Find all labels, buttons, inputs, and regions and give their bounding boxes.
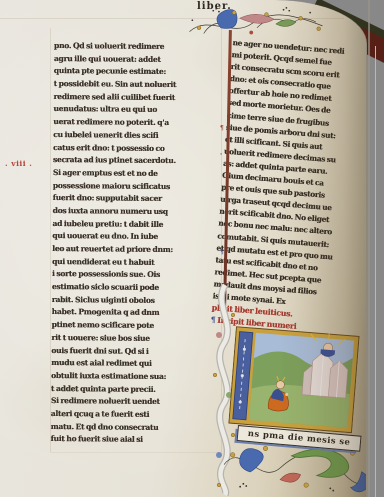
gutter-mark: ¶ [220,250,224,256]
manuscript-photo: liber. . viii . ¶ · ¶ · pno. Q [0,0,384,497]
text-line: Si ager emptus est et no de [53,167,221,181]
manuscript-page: liber. . viii . ¶ · ¶ · pno. Q [0,0,367,497]
text-line: cu iubelei uenerit dies scifi [53,129,221,143]
text-line: estimatio siclo scuarii pode [52,281,220,295]
text-line: ptinet nemo scificare pote [51,319,219,333]
right-column-lines: ne ager no uendetur: nec redimi poterit.… [212,37,367,313]
moses-before-tabernacle-miniature [228,326,359,433]
left-text-column: pno. Qd si uoluerit redimereagru ille qu… [50,40,222,447]
text-line: uerat redimere no poterit. q'a [53,116,221,130]
page-edge-line [368,0,370,497]
text-line: obtulit iuxta estimatione sua: [51,370,219,384]
stacked-leaves-line [375,46,376,497]
gutter-mark: ¶ [220,126,224,132]
text-line: dos iuxta annoru numeru usq [52,205,220,219]
text-line: alteri qcuq a te fuerit esti [51,408,219,422]
gutter-mark: · [220,152,222,158]
vine-flourish-icon [182,5,330,43]
text-line: t possidebit eu. Sin aut noluerit [54,78,222,92]
chapter-margin-note: . viii . [5,159,32,168]
text-line: rit t uouere: siue bos siue [51,332,219,346]
text-line: leo aut reuertet ad priore dnm: [52,243,220,257]
text-line: fuit ho fuerit siue aial si [50,433,218,447]
ruling-line [50,452,222,453]
